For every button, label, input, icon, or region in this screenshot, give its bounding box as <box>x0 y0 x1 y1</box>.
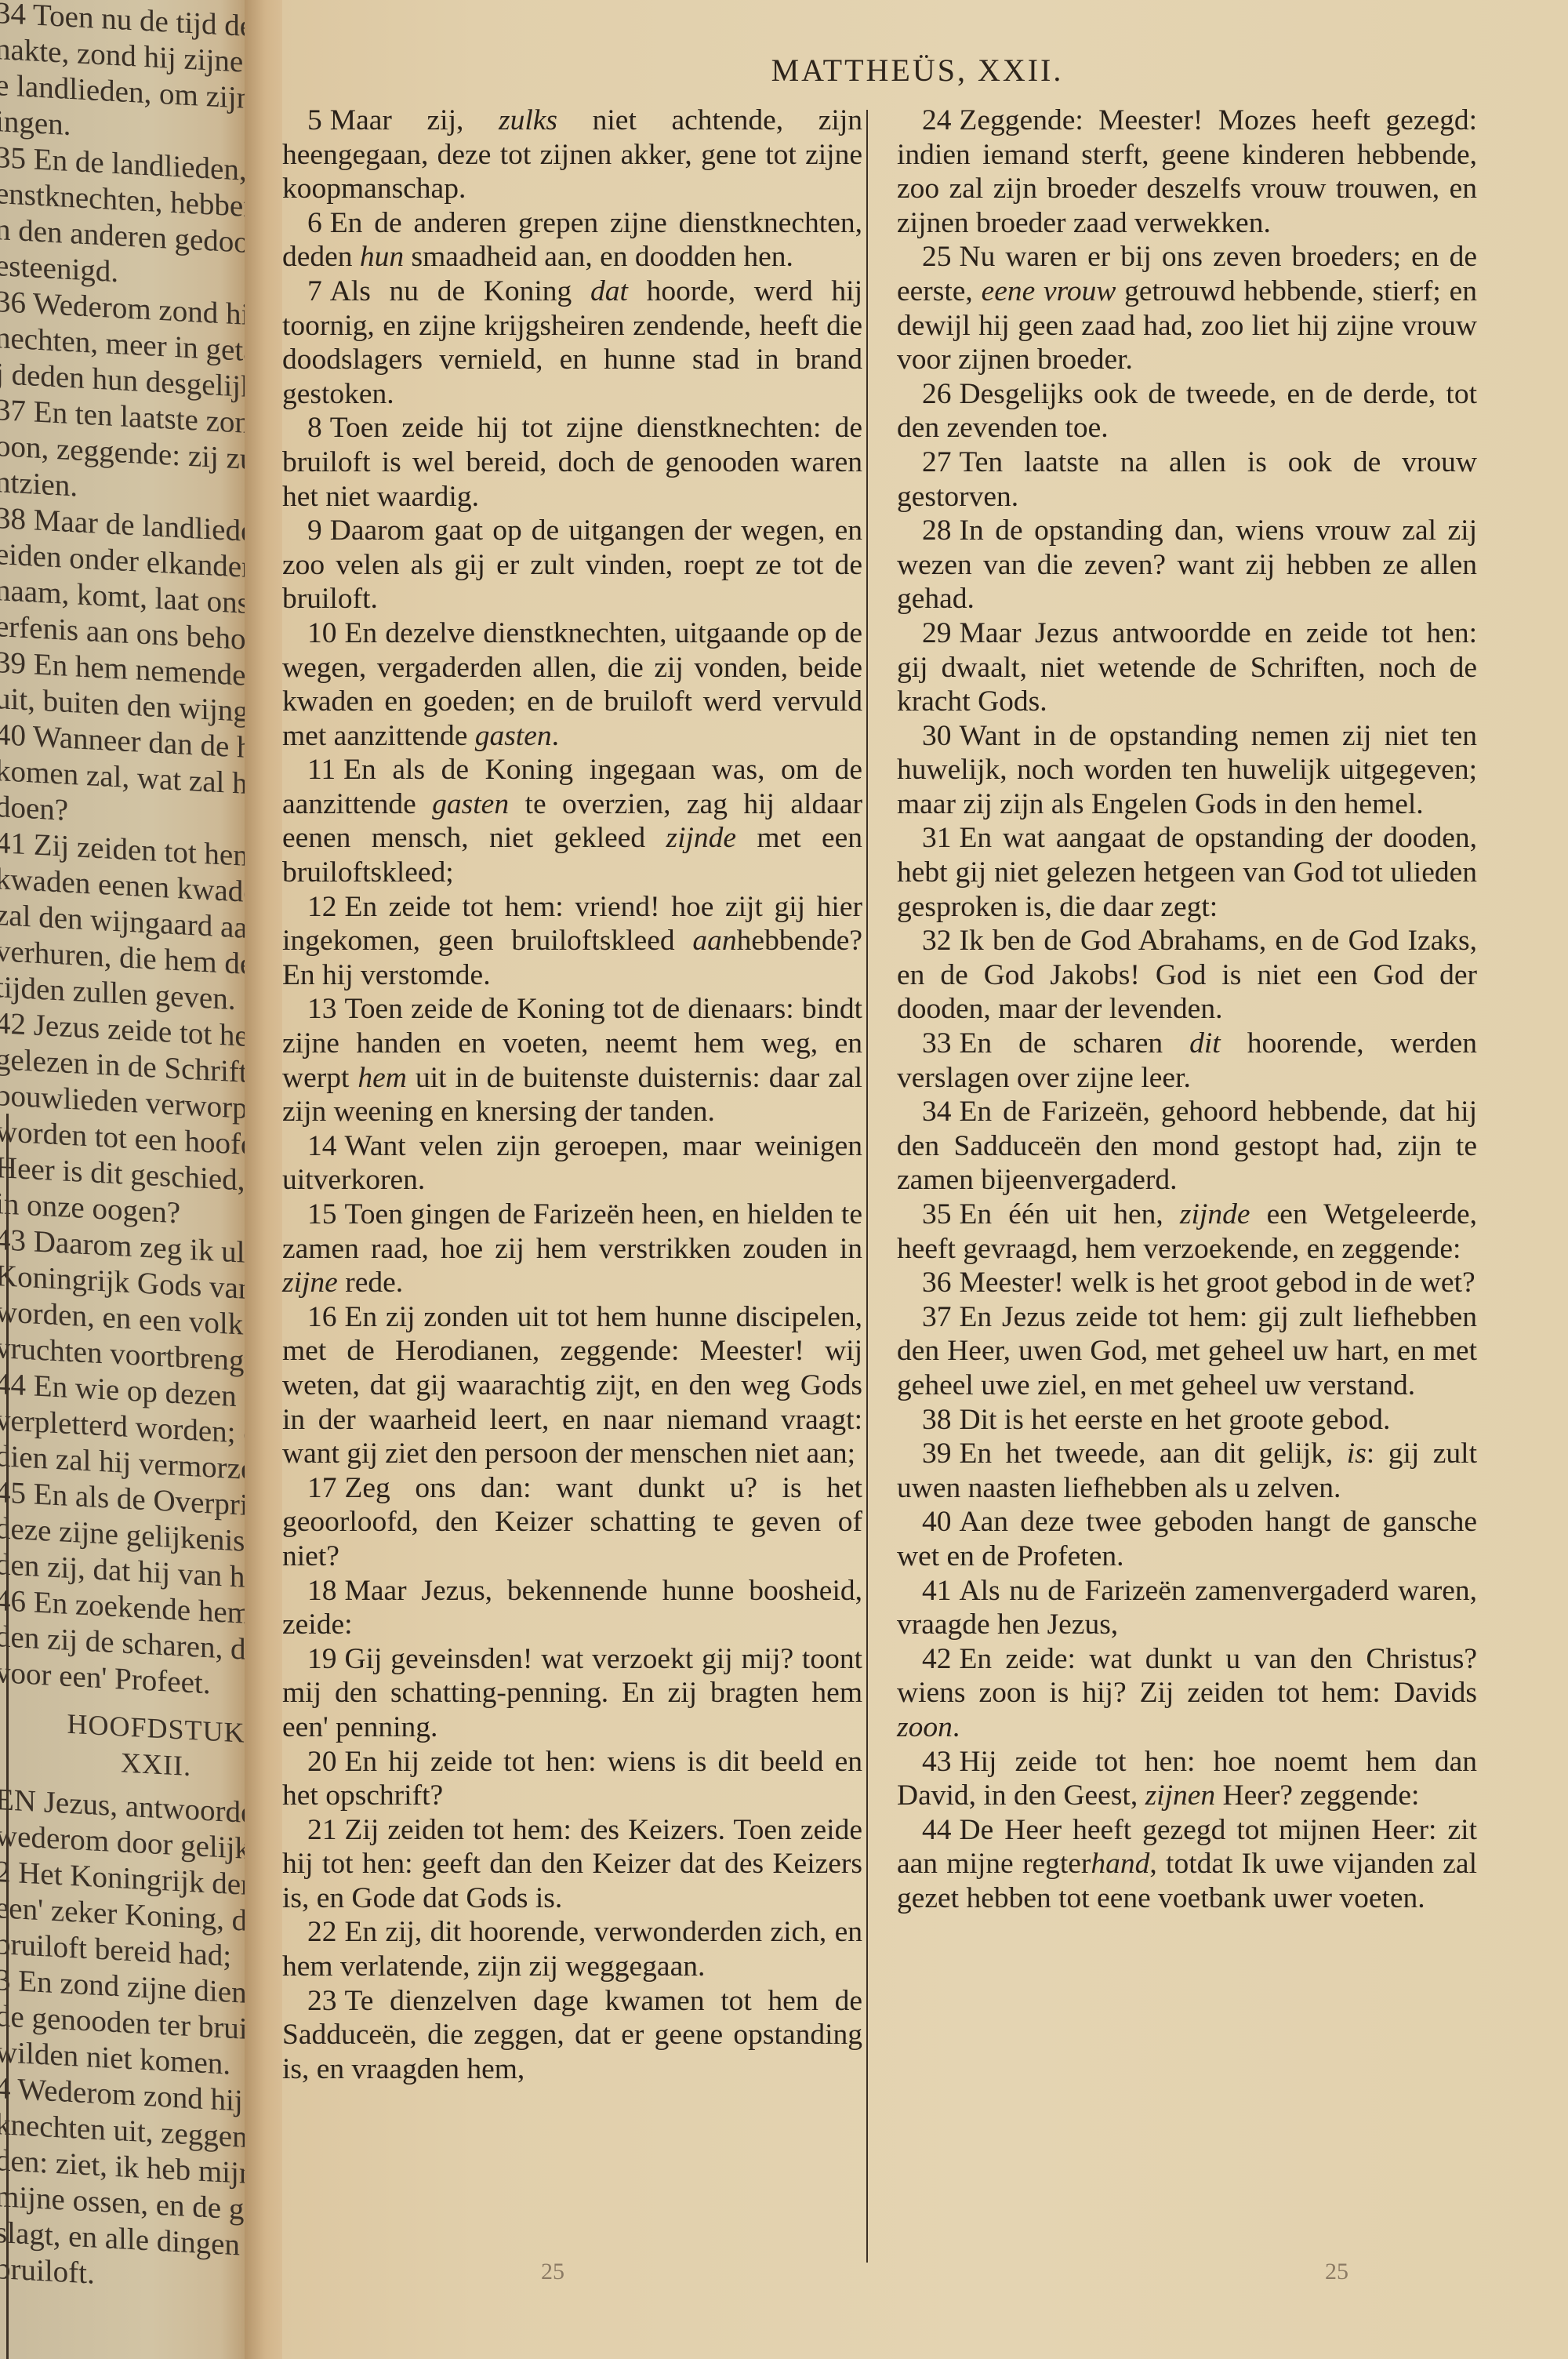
italic-text: is <box>1347 1438 1367 1470</box>
verse-number: 13 <box>307 993 337 1025</box>
verse-text: Heer? zeggende: <box>1215 1779 1419 1812</box>
verse: 18Maar Jezus, bekennende hunne boosheid,… <box>282 1574 862 1642</box>
verse-text: Zeggende: Meester! Mozes heeft gezegd: i… <box>897 104 1477 239</box>
italic-text: gasten <box>432 788 509 820</box>
verse: 43Hij zeide tot hen: hoe noemt hem dan D… <box>897 1745 1477 1813</box>
verse: 31En wat aangaat de opstanding der doode… <box>897 821 1477 924</box>
verse: 8Toen zeide hij tot zijne dienstknechten… <box>282 411 862 514</box>
verse-number: 14 <box>307 1130 337 1162</box>
verse-number: 16 <box>307 1301 337 1333</box>
verse: 13Toen zeide de Koning tot de dienaars: … <box>282 992 862 1129</box>
italic-text: dit <box>1189 1027 1221 1060</box>
verse-number: 12 <box>307 891 337 923</box>
previous-page: 34 Toen nu de tijd der vruchtennakte, zo… <box>0 0 251 2359</box>
italic-text: eene vrouw <box>982 275 1116 307</box>
verse-number: 26 <box>922 378 952 410</box>
verse: 21Zij zeiden tot hem: des Keizers. Toen … <box>282 1813 862 1916</box>
verse-number: 27 <box>922 446 952 478</box>
verse-text: Daarom gaat op de uitgangen der wegen, e… <box>282 514 862 615</box>
verse: 33En de scharen dit hoorende, werden ver… <box>897 1027 1477 1095</box>
verse: 34En de Farizeën, gehoord hebbende, dat … <box>897 1095 1477 1198</box>
verse-number: 42 <box>922 1643 952 1675</box>
verse-number: 31 <box>922 822 952 854</box>
italic-text: zijnde <box>666 822 736 854</box>
verse: 16En zij zonden uit tot hem hunne discip… <box>282 1300 862 1471</box>
verse-number: 43 <box>922 1746 952 1778</box>
verse-text: . <box>552 720 559 752</box>
italic-text: dat <box>590 275 628 307</box>
verse-text: rede. <box>338 1267 403 1299</box>
running-head: MATTHEÜS, XXII. <box>721 52 1113 89</box>
column-divider <box>866 110 868 2263</box>
verse: 40Aan deze twee geboden hangt de gansche… <box>897 1505 1477 1573</box>
verse: 27Ten laatste na allen is ook de vrouw g… <box>897 445 1477 514</box>
verse: 22En zij, dit hoorende, verwonderden zic… <box>282 1915 862 1983</box>
signature-mark-left: 25 <box>541 2259 564 2285</box>
text-column-left: 5Maar zij, zulks niet achtende, zijn hee… <box>282 104 862 2086</box>
verse: 32Ik ben de God Abrahams, en de God Izak… <box>897 924 1477 1027</box>
verse: 35En één uit hen, zijnde een Wetgeleerde… <box>897 1198 1477 1266</box>
verse-number: 5 <box>307 104 322 136</box>
verse-number: 39 <box>922 1438 952 1470</box>
verse: 20En hij zeide tot hen: wiens is dit bee… <box>282 1745 862 1813</box>
chapter-heading: HOOFDSTUK XXII. <box>58 1705 251 1787</box>
verse-text: En Jezus zeide tot hem: gij zult liefheb… <box>897 1301 1477 1401</box>
verse-number: 8 <box>307 412 322 444</box>
italic-text: hun <box>360 241 404 273</box>
verse-number: 22 <box>307 1916 337 1948</box>
verse: 39En het tweede, aan dit gelijk, is: gij… <box>897 1437 1477 1505</box>
verse: 38Dit is het eerste en het groote gebod. <box>897 1403 1477 1438</box>
verse: 37En Jezus zeide tot hem: gij zult liefh… <box>897 1300 1477 1403</box>
verse-number: 40 <box>922 1506 952 1538</box>
italic-text: zoon <box>897 1711 953 1743</box>
verse-number: 32 <box>922 925 952 957</box>
verse-number: 36 <box>922 1267 952 1299</box>
text-column-right: 24Zeggende: Meester! Mozes heeft gezegd:… <box>897 104 1477 1915</box>
verse-number: 37 <box>922 1301 952 1333</box>
verse-number: 44 <box>922 1814 952 1846</box>
verse-text: Als nu de Farizeën zamenvergaderd waren,… <box>897 1575 1477 1641</box>
chapter-opening-lines: EN Jezus, antwoordende, sprakwederom doo… <box>0 1782 251 2300</box>
verse: 29Maar Jezus antwoordde en zeide tot hen… <box>897 616 1477 719</box>
verse-text: En de scharen <box>960 1027 1190 1060</box>
verse: 24Zeggende: Meester! Mozes heeft gezegd:… <box>897 104 1477 240</box>
verse-text: Toen zeide hij tot zijne dienstknechten:… <box>282 412 862 512</box>
verse-number: 28 <box>922 514 952 547</box>
verse: 5Maar zij, zulks niet achtende, zijn hee… <box>282 104 862 206</box>
verse-text: Want in de opstanding nemen zij niet ten… <box>897 720 1477 820</box>
verse-text: Maar zij, <box>330 104 499 136</box>
verse-text: En het tweede, aan dit gelijk, <box>960 1438 1347 1470</box>
verse-text: Want velen zijn geroepen, maar weinigen … <box>282 1130 862 1197</box>
italic-text: hand <box>1091 1848 1149 1880</box>
verse: 19Gij geveinsden! wat verzoekt gij mij? … <box>282 1642 862 1745</box>
verse-number: 17 <box>307 1472 337 1504</box>
verse-text: Gij geveinsden! wat verzoekt gij mij? to… <box>282 1643 862 1743</box>
verse-number: 7 <box>307 275 322 307</box>
verse: 25Nu waren er bij ons zeven broeders; en… <box>897 240 1477 376</box>
verse-text: Maar Jezus, bekennende hunne boosheid, z… <box>282 1575 862 1641</box>
verse: 11En als de Koning ingegaan was, om de a… <box>282 753 862 889</box>
current-page: MATTHEÜS, XXII. 5Maar zij, zulks niet ac… <box>282 0 1568 2359</box>
verse-text: Toen gingen de Farizeën heen, en hielden… <box>282 1198 862 1265</box>
previous-page-text: 34 Toen nu de tijd der vruchtennakte, zo… <box>0 0 251 2300</box>
verse: 9Daarom gaat op de uitgangen der wegen, … <box>282 514 862 616</box>
italic-text: aan <box>692 925 736 957</box>
verse: 15Toen gingen de Farizeën heen, en hield… <box>282 1198 862 1300</box>
verse-text: Zij zeiden tot hem: des Keizers. Toen ze… <box>282 1814 862 1914</box>
verse-text: Ten laatste na allen is ook de vrouw ges… <box>897 446 1477 513</box>
verse-number: 23 <box>307 1985 337 2017</box>
verse-number: 9 <box>307 514 322 547</box>
verse-text: En zij, dit hoorende, verwonderden zich,… <box>282 1916 862 1983</box>
verse-number: 15 <box>307 1198 337 1230</box>
italic-text: hem <box>358 1062 406 1094</box>
verse-text: Ik ben de God Abrahams, en de God Izaks,… <box>897 925 1477 1025</box>
verse-number: 10 <box>307 617 337 649</box>
previous-page-lines: 34 Toen nu de tijd der vruchtennakte, zo… <box>0 0 251 1704</box>
verse-text: En hij zeide tot hen: wiens is dit beeld… <box>282 1746 862 1812</box>
italic-text: zijne <box>282 1267 338 1299</box>
verse: 17Zeg ons dan: want dunkt u? is het geoo… <box>282 1471 862 1574</box>
verse-text: Maar Jezus antwoordde en zeide tot hen: … <box>897 617 1477 718</box>
verse: 42En zeide: wat dunkt u van den Christus… <box>897 1642 1477 1745</box>
verse-text: smaadheid aan, en doodden hen. <box>404 241 793 273</box>
verse-number: 25 <box>922 241 952 273</box>
verse-text: En wat aangaat de opstanding der dooden,… <box>897 822 1477 922</box>
verse-text: Desgelijks ook de tweede, en de derde, t… <box>897 378 1477 445</box>
verse-number: 34 <box>922 1096 952 1128</box>
verse: 14Want velen zijn geroepen, maar weinige… <box>282 1129 862 1198</box>
verse-number: 24 <box>922 104 952 136</box>
verse-text: Te dienzelven dage kwamen tot hem de Sad… <box>282 1985 862 2085</box>
verse-number: 21 <box>307 1814 337 1846</box>
verse-number: 6 <box>307 207 322 239</box>
verse-number: 20 <box>307 1746 337 1778</box>
verse-number: 29 <box>922 617 952 649</box>
verse-text: En zij zonden uit tot hem hunne discipel… <box>282 1301 862 1470</box>
verse: 36Meester! welk is het groot gebod in de… <box>897 1266 1477 1300</box>
verse: 30Want in de opstanding nemen zij niet t… <box>897 719 1477 822</box>
verse: 23Te dienzelven dage kwamen tot hem de S… <box>282 1984 862 2087</box>
verse: 12En zeide tot hem: vriend! hoe zijt gij… <box>282 890 862 993</box>
verse: 44De Heer heeft gezegd tot mijnen Heer: … <box>897 1813 1477 1916</box>
verse: 6En de anderen grepen zijne dienstknecht… <box>282 206 862 274</box>
verse: 41Als nu de Farizeën zamenvergaderd ware… <box>897 1574 1477 1642</box>
verse-text: Dit is het eerste en het groote gebod. <box>960 1404 1391 1436</box>
verse-text: In de opstanding dan, wiens vrouw zal zi… <box>897 514 1477 615</box>
verse-number: 41 <box>922 1575 952 1607</box>
verse-text: En dezelve dienstknechten, uitgaande op … <box>282 617 862 752</box>
italic-text: gasten <box>475 720 552 752</box>
verse-text: Als nu de Koning <box>330 275 590 307</box>
italic-text: zijnen <box>1145 1779 1216 1812</box>
verse-text: Aan deze twee geboden hangt de gansche w… <box>897 1506 1477 1572</box>
verse-text: En zeide: wat dunkt u van den Christus? … <box>897 1643 1477 1710</box>
column-rule <box>6 1114 9 2359</box>
verse-number: 18 <box>307 1575 337 1607</box>
verse-number: 30 <box>922 720 952 752</box>
verse: 10En dezelve dienstknechten, uitgaande o… <box>282 616 862 753</box>
verse: 26Desgelijks ook de tweede, en de derde,… <box>897 377 1477 445</box>
verse: 7Als nu de Koning dat hoorde, werd hij t… <box>282 274 862 411</box>
italic-text: zulks <box>499 104 557 136</box>
verse-text: Meester! welk is het groot gebod in de w… <box>960 1267 1475 1299</box>
verse-number: 38 <box>922 1404 952 1436</box>
verse-text: Zeg ons dan: want dunkt u? is het geoorl… <box>282 1472 862 1572</box>
verse-text: En één uit hen, <box>960 1198 1180 1230</box>
verse-text: En de Farizeën, gehoord hebbende, dat hi… <box>897 1096 1477 1196</box>
italic-text: zijnde <box>1180 1198 1250 1230</box>
verse-number: 19 <box>307 1643 337 1675</box>
signature-mark-right: 25 <box>1325 2259 1348 2285</box>
verse-number: 35 <box>922 1198 952 1230</box>
verse-text: . <box>953 1711 960 1743</box>
verse-number: 33 <box>922 1027 952 1060</box>
verse-number: 11 <box>307 754 336 786</box>
verse: 28In de opstanding dan, wiens vrouw zal … <box>897 514 1477 616</box>
